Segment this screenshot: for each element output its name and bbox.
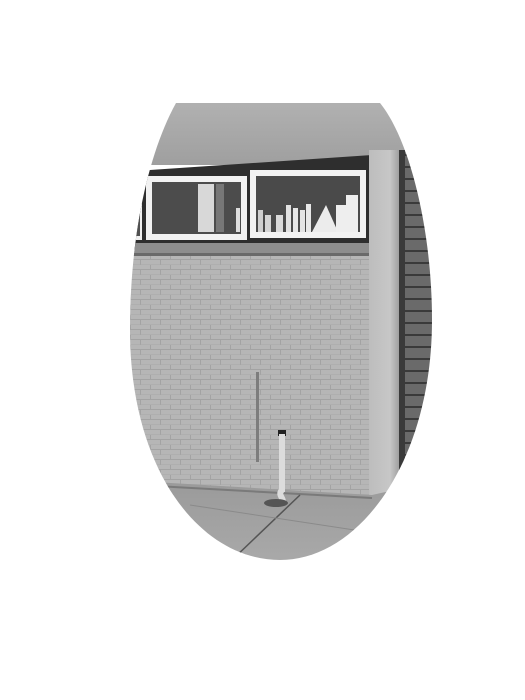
side-brick-wall: [399, 150, 440, 500]
brick-wall: [120, 245, 380, 495]
window-right: [250, 170, 366, 238]
concrete-pillar: [369, 150, 399, 500]
photograph: [0, 0, 525, 700]
wall-stain: [256, 372, 259, 462]
window-left: [146, 176, 247, 240]
